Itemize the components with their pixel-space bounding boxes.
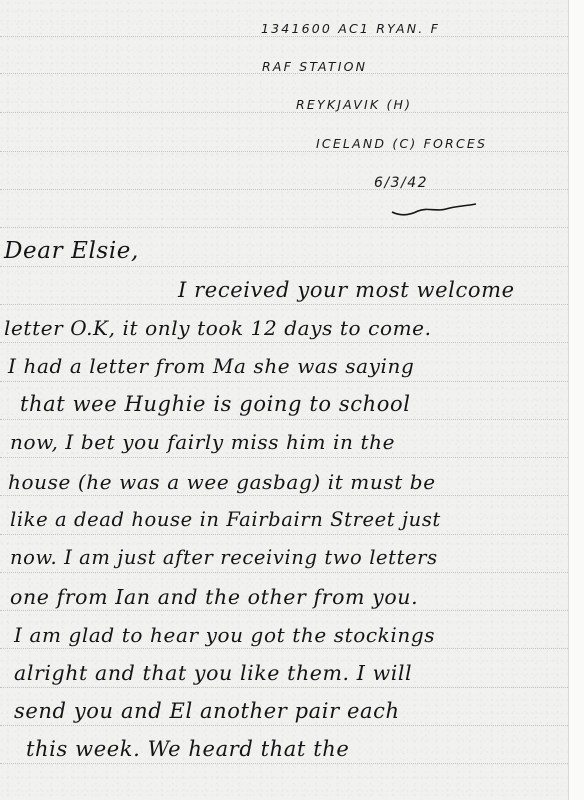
ruled-line [0,534,568,535]
body-line: one from Ian and the other from you. [10,585,418,609]
address-line-service-number: 1341600 AC1 RYAN. F [261,21,440,36]
body-line: alright and that you like them. I will [14,661,412,685]
ruled-line [0,266,568,267]
ruled-line [0,304,568,305]
ruled-line [0,342,568,343]
address-line-city: REYKJAVIK (H) [296,97,412,112]
ruled-line [0,610,568,611]
body-line: I had a letter from Ma she was saying [8,354,414,378]
address-line-station: RAF STATION [262,59,367,74]
ruled-line [0,457,568,458]
date-underline-flourish [390,200,480,220]
ruled-line [0,151,568,152]
body-line: send you and El another pair each [14,699,400,723]
ruled-line [0,381,568,382]
ruled-line [0,227,568,228]
ruled-line [0,112,568,113]
body-line: house (he was a wee gasbag) it must be [8,470,436,494]
ruled-line [0,495,568,496]
body-line: like a dead house in Fairbairn Street ju… [10,508,441,531]
body-line: I received your most welcome [178,278,515,302]
body-line: this week. We heard that the [26,737,349,761]
scan-margin [569,0,584,800]
ruled-line [0,189,568,190]
body-line: that wee Hughie is going to school [20,392,411,416]
ruled-line [0,687,568,688]
ruled-line [0,419,568,420]
body-line: now, I bet you fairly miss him in the [10,430,395,454]
body-line: I am glad to hear you got the stockings [14,623,435,647]
ruled-line [0,725,568,726]
body-line: letter O.K, it only took 12 days to come… [4,316,432,340]
ruled-line [0,763,568,764]
ruled-line [0,648,568,649]
ruled-line [0,572,568,573]
letter-date: 6/3/42 [374,175,428,191]
address-line-forces: ICELAND (C) FORCES [316,136,487,151]
body-line: now. I am just after receiving two lette… [10,546,438,569]
letter-page: 1341600 AC1 RYAN. F RAF STATION REYKJAVI… [0,0,569,800]
ruled-line [0,36,568,37]
salutation: Dear Elsie, [4,238,139,264]
